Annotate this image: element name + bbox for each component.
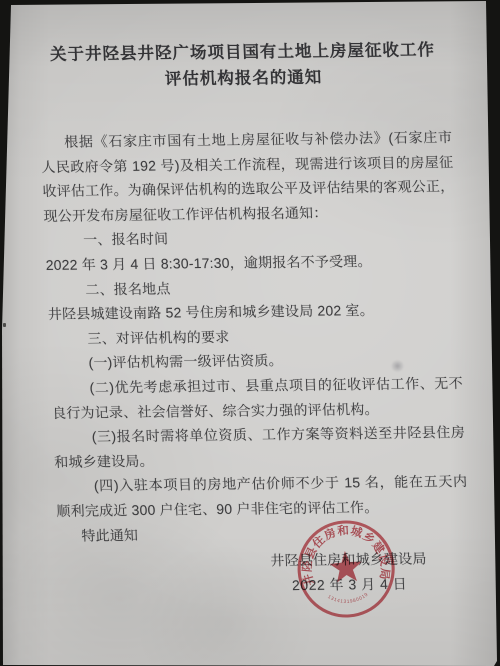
title-line-2: 评估机构报名的通知 xyxy=(37,63,450,94)
intro-paragraph: 根据《石家庄市国有土地上房屋征收与补偿办法》(石家庄市人民政府令第 192 号)… xyxy=(40,125,456,228)
title-line-1: 关于井陉县井陉广场项目国有土地上房屋征收工作 xyxy=(36,37,449,68)
seal-code-holder: 1314131980019 xyxy=(326,591,370,606)
closing-notice: 特此通知 xyxy=(57,518,470,548)
signature-block: 井陉县住房和城乡建设局 2022 年 3 月 4 日 xyxy=(58,546,472,601)
official-seal-stamp: 井陉县住房和城乡建设局 1314131980019 xyxy=(287,508,404,625)
paper-sheet: 关于井陉县井陉广场项目国有土地上房屋征收工作 评估机构报名的通知 根据《石家庄市… xyxy=(0,0,500,666)
photo-background: 关于井陉县井陉广场项目国有土地上房屋征收工作 评估机构报名的通知 根据《石家庄市… xyxy=(0,0,500,666)
requirement-3: (三)报名时需将单位资质、工作方案等资料送至井陉县住房和城乡建设局。 xyxy=(53,420,467,474)
seal-code-text: 1314131980019 xyxy=(326,591,370,606)
paper-speck xyxy=(3,323,6,327)
seal-star-icon xyxy=(329,550,363,583)
paper-smudge xyxy=(390,359,405,373)
document-title: 关于井陉县井陉广场项目国有土地上房屋征收工作 评估机构报名的通知 xyxy=(36,37,450,94)
requirement-4: (四)入驻本项目的房地产估价师不少于 15 名，能在五天内顺利完成近 300 户… xyxy=(55,469,469,523)
requirement-2: (二)优先考虑承担过市、县重点项目的征收评估工作、无不良行为记录、社会信誉好、综… xyxy=(51,371,465,425)
notice-document: 关于井陉县井陉广场项目国有土地上房屋征收工作 评估机构报名的通知 根据《石家庄市… xyxy=(36,37,472,601)
